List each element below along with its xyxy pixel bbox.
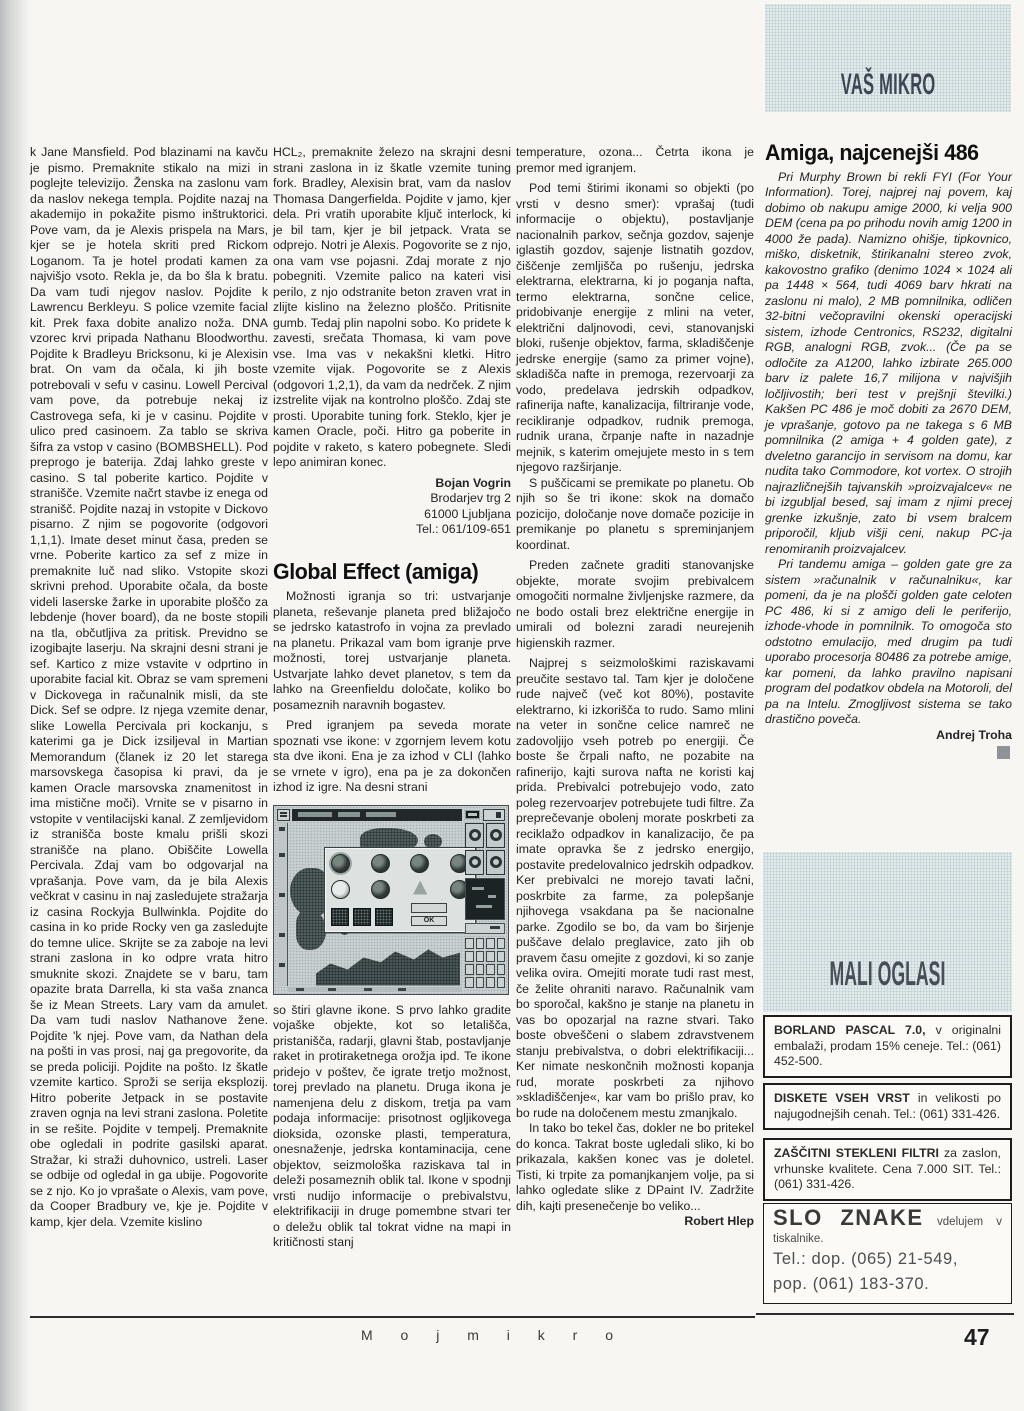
author-address-line1: Brodarjev trg 2 xyxy=(273,491,511,507)
main-icon-tiles xyxy=(465,823,505,875)
amiga486-title: Amiga, najcenejši 486 xyxy=(765,145,1005,161)
global-effect-col3-p4: Preden začnete graditi stanovanjske obje… xyxy=(516,558,754,651)
readout-strip xyxy=(465,923,505,934)
info-icon xyxy=(465,850,484,875)
dialog-buttons: OK xyxy=(411,903,447,926)
author-phone: Tel.: 061/109-651 xyxy=(273,522,511,538)
magazine-page: VAŠ MIKRO k Jane Mansfield. Pod blazinam… xyxy=(0,0,1024,1411)
global-effect-title: Global Effect (amiga) xyxy=(273,564,504,580)
walkthrough-text-col1: k Jane Mansfield. Pod blazinami na kavču… xyxy=(30,145,268,1230)
classifieds-banner-label: MALI OGLASI xyxy=(830,955,946,994)
planet-row-2 xyxy=(331,880,469,899)
screenshot-bottom-strip xyxy=(288,987,462,992)
ad-lead: DISKETE VSEH VRST xyxy=(774,1091,910,1105)
status-display xyxy=(465,878,505,920)
walkthrough-text-col2: HCL₂, premaknite železo na skrajni desni… xyxy=(273,145,511,471)
ad-lead: SLO ZNAKE xyxy=(773,1205,924,1230)
planet-select-dialog: OK xyxy=(324,847,476,933)
planet-icon xyxy=(371,854,390,873)
amiga486-p2: Pri tandemu amiga – golden gate gre za s… xyxy=(765,557,1012,728)
object-button-grid xyxy=(465,938,505,988)
ad-lead: ZAŠČITNI STEKLENI FILTRI xyxy=(774,1146,939,1160)
author-name: Bojan Vogrin xyxy=(273,476,511,492)
water-region xyxy=(316,946,460,986)
screenshot-title-bar xyxy=(292,809,462,821)
preview-tile xyxy=(331,908,349,926)
preview-tile xyxy=(353,908,371,926)
screenshot-right-panel xyxy=(465,823,505,986)
classified-ad: DISKETE VSEH VRST in velikosti po najugo… xyxy=(763,1083,1012,1130)
global-effect-col3-p6: In tako bo tekel čas, dokler ne bo prite… xyxy=(516,1121,754,1214)
article-column-4: Amiga, najcenejši 486 Pri Murphy Brown b… xyxy=(765,145,1012,759)
screenshot-counter-box xyxy=(465,810,480,819)
ok-button: OK xyxy=(411,916,447,926)
planet-row-1 xyxy=(331,854,469,873)
military-icon xyxy=(465,823,484,848)
article-column-1: k Jane Mansfield. Pod blazinami na kavču… xyxy=(30,145,268,1230)
terrain-icon xyxy=(412,880,429,897)
article-column-2: HCL₂, premaknite železo na skrajni desni… xyxy=(273,145,511,1251)
article-column-3: temperature, ozona... Četrta ikona je pr… xyxy=(516,145,754,1230)
dialog-button-blank xyxy=(411,903,447,913)
article-end-marker xyxy=(997,746,1010,759)
cli-exit-icon xyxy=(277,809,290,821)
global-effect-p2: Pred igranjem pa seveda morate spoznati … xyxy=(273,718,511,796)
screenshot-corner-gadget xyxy=(483,809,505,821)
section-banner: VAŠ MIKRO xyxy=(765,4,1011,112)
footer-brand: M o j m i k r o xyxy=(330,1327,650,1343)
pause-icon xyxy=(486,850,505,875)
footer-rule-left xyxy=(30,1316,755,1318)
planet-icon xyxy=(410,854,429,873)
screenshot-left-toolbar xyxy=(277,823,288,986)
global-effect-col3-p2: Pod temi štirimi ikonami so objekti (po … xyxy=(516,181,754,476)
section-banner-label: VAŠ MIKRO xyxy=(841,68,936,102)
amiga486-author: Andrej Troha xyxy=(765,728,1012,744)
global-effect-col3-p5: Najprej s seizmološkimi raziskavami preu… xyxy=(516,656,754,1121)
classified-ad: BORLAND PASCAL 7.0, v originalni embalaž… xyxy=(763,1015,1012,1078)
classifieds-banner: MALI OGLASI xyxy=(763,852,1012,1012)
footer-rule-right xyxy=(756,1313,1014,1315)
global-effect-col3-p3: S puščicami se premikate po planetu. Ob … xyxy=(516,476,754,554)
scan-shadow-edge xyxy=(0,0,30,1411)
planet-icon xyxy=(331,880,350,899)
planet-icon xyxy=(331,854,350,873)
walkthrough-signature: Bojan Vogrin Brodarjev trg 2 61000 Ljubl… xyxy=(273,476,511,538)
dialog-bottom-row: OK xyxy=(331,903,447,926)
amiga486-p1: Pri Murphy Brown bi rekli FYI (For Your … xyxy=(765,170,1012,558)
author-address-line2: 61000 Ljubljana xyxy=(273,507,511,523)
game-screenshot: OK xyxy=(273,805,509,995)
forest-cluster xyxy=(296,910,326,950)
global-effect-author: Robert Hlep xyxy=(516,1214,754,1230)
ad-phone-line: pop. (061) 183-370. xyxy=(773,1272,1002,1297)
global-effect-p3: so štiri glavne ikone. S prvo lahko grad… xyxy=(273,1003,511,1251)
classified-ad: SLO ZNAKE vdelujem v tiskalnike. Tel.: d… xyxy=(763,1203,1012,1304)
ad-lead: BORLAND PASCAL 7.0, xyxy=(774,1023,926,1037)
classified-ad: ZAŠČITNI STEKLENI FILTRI za zaslon, vrhu… xyxy=(763,1138,1012,1201)
planet-icon xyxy=(371,880,390,899)
preview-tile xyxy=(375,908,393,926)
global-effect-p1: Možnosti igranja so tri: ustvarjanje pla… xyxy=(273,589,511,713)
global-effect-col3-p1: temperature, ozona... Četrta ikona je pr… xyxy=(516,145,754,176)
disk-icon xyxy=(486,823,505,848)
ad-phone-line: Tel.: dop. (065) 21-549, xyxy=(773,1247,1002,1272)
page-number: 47 xyxy=(964,1324,990,1351)
amiga486-body: Pri Murphy Brown bi rekli FYI (For Your … xyxy=(765,170,1012,760)
